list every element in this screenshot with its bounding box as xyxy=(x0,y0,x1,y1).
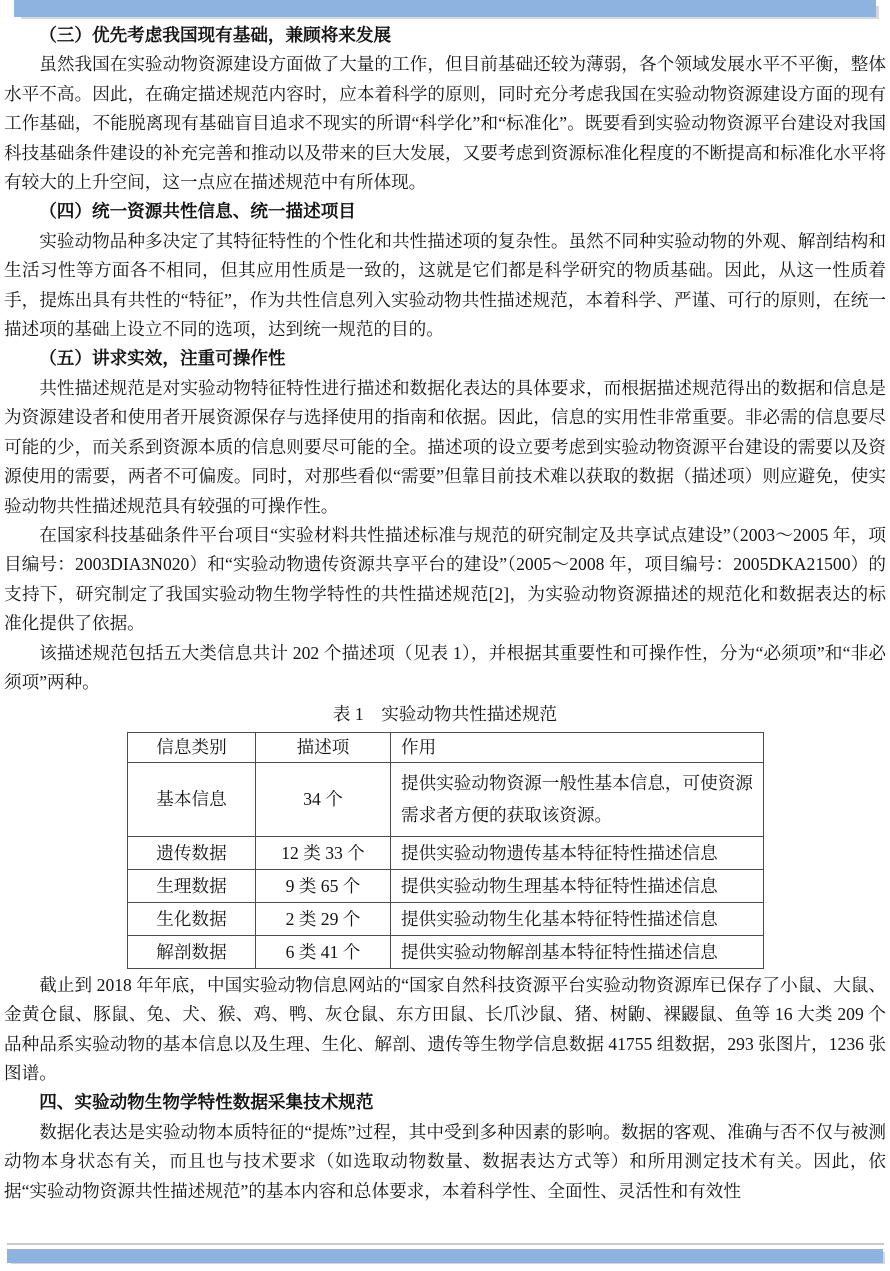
table-row: 基本信息 34 个 提供实验动物资源一般性基本信息，可使资源需求者方便的获取该资… xyxy=(128,762,764,836)
cell-role: 提供实验动物生化基本特征特性描述信息 xyxy=(391,902,764,935)
top-decoration-bar xyxy=(14,0,876,17)
paragraph: 在国家科技基础条件平台项目“实验材料共性描述标准与规范的研究制定及共享试点建设”… xyxy=(4,521,886,639)
spec-table: 信息类别 描述项 作用 基本信息 34 个 提供实验动物资源一般性基本信息，可使… xyxy=(127,732,764,969)
cell-role: 提供实验动物生理基本特征特性描述信息 xyxy=(391,869,764,902)
header-cell-role: 作用 xyxy=(391,732,764,762)
table-row: 遗传数据 12 类 33 个 提供实验动物遗传基本特征特性描述信息 xyxy=(128,836,764,869)
header-cell-items: 描述项 xyxy=(256,732,391,762)
table-caption: 表 1 实验动物共性描述规范 xyxy=(4,700,886,729)
cell-items: 12 类 33 个 xyxy=(256,836,391,869)
cell-items: 6 类 41 个 xyxy=(256,935,391,968)
cell-items: 34 个 xyxy=(256,762,391,836)
paragraph: 实验动物品种多决定了其特征特性的个性化和共性描述项的复杂性。虽然不同种实验动物的… xyxy=(4,227,886,345)
table-header-row: 信息类别 描述项 作用 xyxy=(128,732,764,762)
table-row: 解剖数据 6 类 41 个 提供实验动物解剖基本特征特性描述信息 xyxy=(128,935,764,968)
cell-category: 解剖数据 xyxy=(128,935,256,968)
cell-items: 2 类 29 个 xyxy=(256,902,391,935)
cell-category: 遗传数据 xyxy=(128,836,256,869)
cell-role: 提供实验动物遗传基本特征特性描述信息 xyxy=(391,836,764,869)
cell-role: 提供实验动物解剖基本特征特性描述信息 xyxy=(391,935,764,968)
section-heading-5: （五）讲求实效，注重可操作性 xyxy=(4,344,886,373)
header-cell-category: 信息类别 xyxy=(128,732,256,762)
paragraph: 共性描述规范是对实验动物特征特性进行描述和数据化表达的具体要求，而根据描述规范得… xyxy=(4,374,886,521)
paragraph: 虽然我国在实验动物资源建设方面做了大量的工作，但目前基础还较为薄弱，各个领域发展… xyxy=(4,50,886,197)
paragraph: 该描述规范包括五大类信息共计 202 个描述项（见表 1），并根据其重要性和可操… xyxy=(4,639,886,698)
cell-category: 生化数据 xyxy=(128,902,256,935)
cell-category: 基本信息 xyxy=(128,762,256,836)
cell-items: 9 类 65 个 xyxy=(256,869,391,902)
section-heading-4: （四）统一资源共性信息、统一描述项目 xyxy=(4,197,886,226)
section-heading-main-4: 四、实验动物生物学特性数据采集技术规范 xyxy=(4,1088,886,1117)
cell-category: 生理数据 xyxy=(128,869,256,902)
table-row: 生理数据 9 类 65 个 提供实验动物生理基本特征特性描述信息 xyxy=(128,869,764,902)
paragraph: 截止到 2018 年年底，中国实验动物信息网站的“国家自然科技资源平台实验动物资… xyxy=(4,971,886,1089)
cell-role: 提供实验动物资源一般性基本信息，可使资源需求者方便的获取该资源。 xyxy=(391,762,764,836)
table-row: 生化数据 2 类 29 个 提供实验动物生化基本特征特性描述信息 xyxy=(128,902,764,935)
footer-rule xyxy=(7,1243,884,1245)
bottom-decoration-bar xyxy=(7,1249,883,1263)
document-content: （三）优先考虑我国现有基础，兼顾将来发展 虽然我国在实验动物资源建设方面做了大量… xyxy=(4,21,886,1206)
paragraph: 数据化表达是实验动物本质特征的“提炼”过程，其中受到多种因素的影响。数据的客观、… xyxy=(4,1118,886,1206)
section-heading-3: （三）优先考虑我国现有基础，兼顾将来发展 xyxy=(4,21,886,50)
